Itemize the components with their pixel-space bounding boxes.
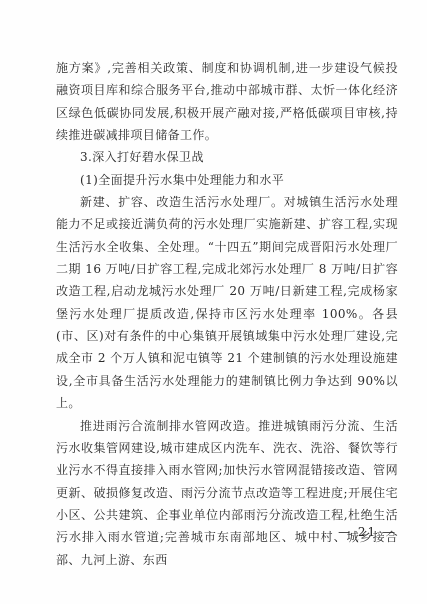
- paragraph-lead-sentence: 新建、扩容、改造生活污水处理厂。: [80, 195, 284, 209]
- document-body: 施方案》,完善相关政策、制度和协调机制,进一步建设气候投融资项目库和综合服务平台…: [56, 57, 398, 571]
- subsection-heading: (1)全面提升污水集中处理能力和水平: [56, 169, 398, 191]
- paragraph-pipe-network: 推进雨污合流制排水管网改造。推进城镇雨污分流、生活污水收集管网建设,城市建成区内…: [56, 415, 398, 571]
- page-number: — 21 —: [338, 524, 397, 540]
- paragraph-lead-sentence: 推进雨污合流制排水管网改造。: [80, 419, 258, 433]
- section-heading: 3.深入打好碧水保卫战: [56, 146, 398, 168]
- paragraph-body-text: 推进城镇雨污分流、生活污水收集管网建设,城市建成区内洗车、洗衣、洗浴、餐饮等行业…: [56, 419, 398, 567]
- paragraph-continuation: 施方案》,完善相关政策、制度和协调机制,进一步建设气候投融资项目库和综合服务平台…: [56, 57, 398, 146]
- paragraph-body-text: 对城镇生活污水处理能力不足或接近满负荷的污水处理厂实施新建、扩容工程,实现生活污…: [56, 195, 398, 410]
- paragraph-wastewater-plants: 新建、扩容、改造生活污水处理厂。对城镇生活污水处理能力不足或接近满负荷的污水处理…: [56, 191, 398, 414]
- document-page: 施方案》,完善相关政策、制度和协调机制,进一步建设气候投融资项目库和综合服务平台…: [0, 0, 427, 604]
